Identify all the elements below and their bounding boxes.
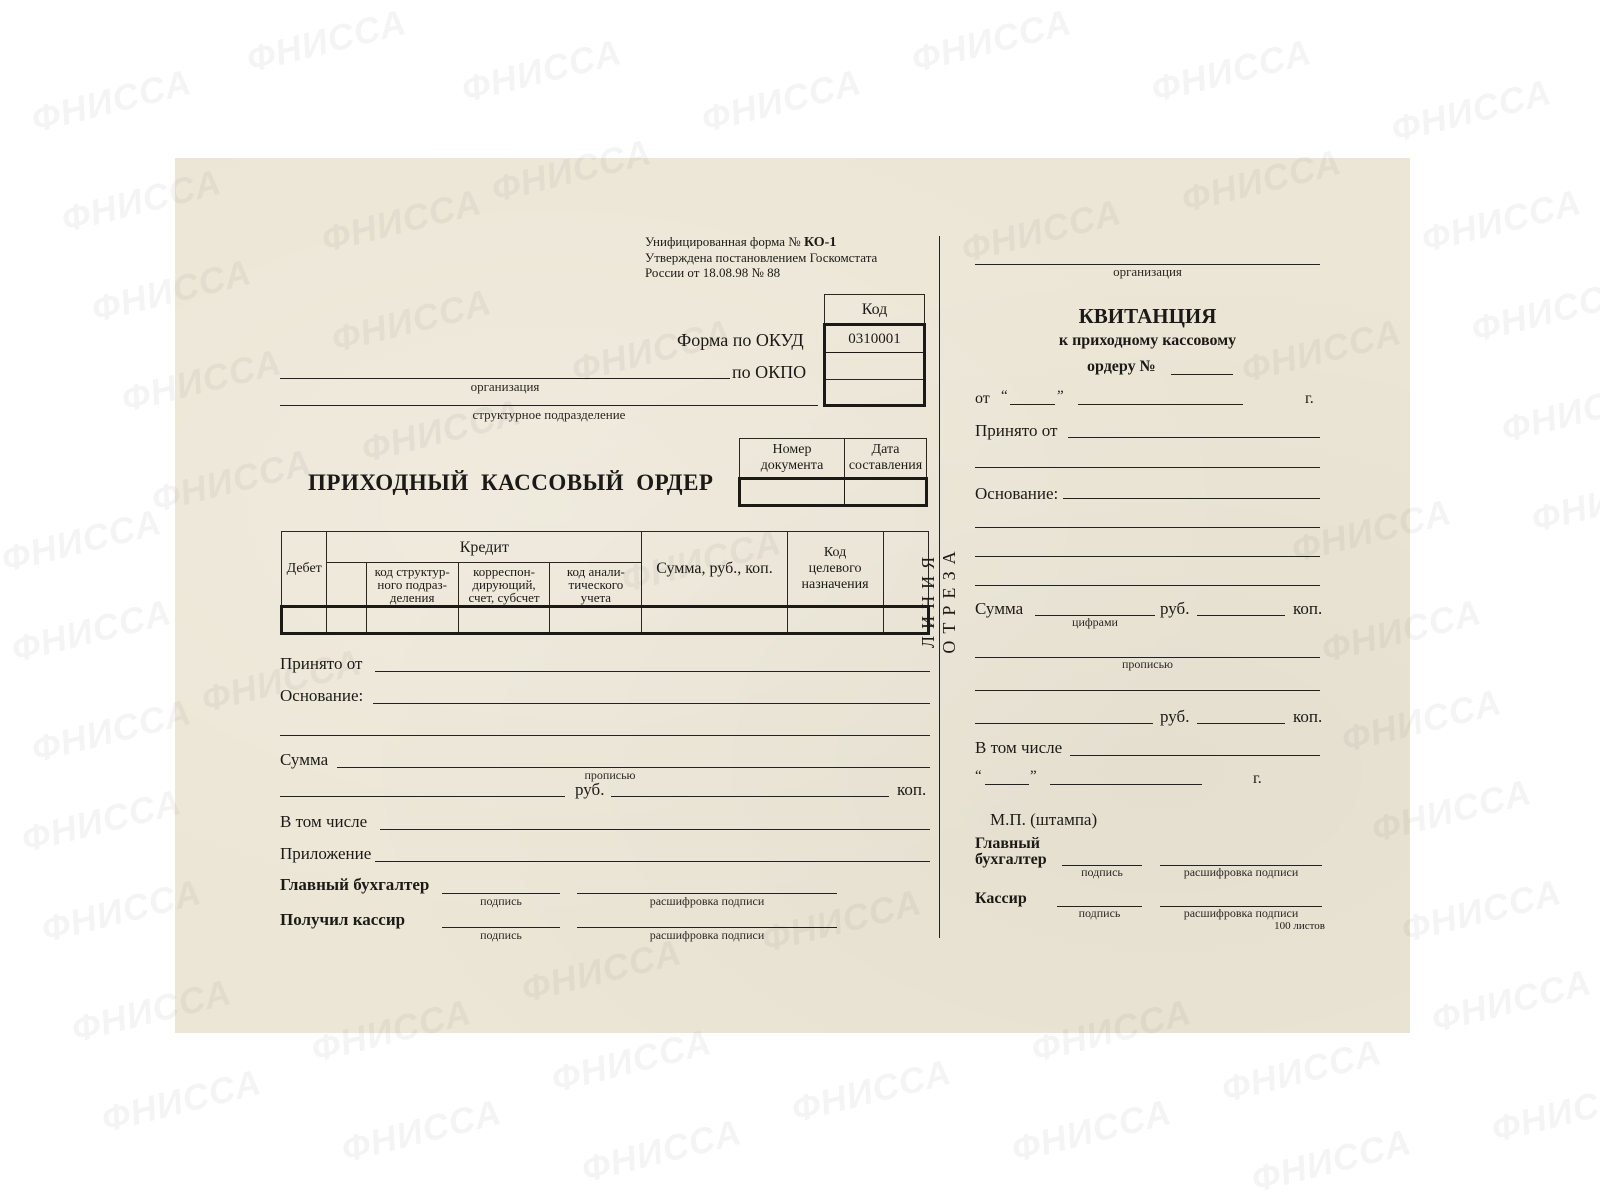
watermark-logo: ФНИССА	[97, 1061, 265, 1141]
debit-cell[interactable]	[282, 607, 327, 634]
watermark-logo: ФНИССА	[1427, 961, 1595, 1041]
codes-header: Код	[825, 295, 925, 325]
receipt-date-from-label: от	[975, 390, 990, 408]
credit-subdivision-code-header: код структур-ного подраз-деления	[366, 563, 458, 607]
watermark-logo: ФНИССА	[1487, 1071, 1600, 1151]
document-number-cell[interactable]	[740, 479, 845, 506]
received-from-label: Принято от	[280, 654, 362, 674]
receipt-received-from-field[interactable]	[1068, 437, 1320, 438]
receipt-title: КВИТАНЦИЯ	[975, 304, 1320, 329]
watermark-logo: ФНИССА	[242, 1, 410, 81]
watermark-logo: ФНИССА	[1387, 71, 1555, 151]
extra-code-cell[interactable]	[825, 380, 925, 406]
credit-analytics-code-header: код анали-тическогоучета	[550, 563, 642, 607]
kop-label: коп.	[897, 780, 926, 800]
watermark-logo: ФНИССА	[787, 1051, 955, 1131]
signature-caption: подпись	[1057, 906, 1142, 921]
sum-header: Сумма, руб., коп.	[642, 532, 787, 607]
stamp-label: М.П. (штампа)	[990, 810, 1097, 830]
credit-analytics-code-cell[interactable]	[550, 607, 642, 634]
receipt-rub-label: руб.	[1160, 599, 1189, 619]
order-title: ПРИХОДНЫЙ КАССОВЫЙ ОРДЕР	[308, 470, 713, 496]
watermark-logo: ФНИССА	[1007, 1091, 1175, 1171]
signature-decoding-caption: расшифровка подписи	[577, 928, 837, 943]
signature-decoding-caption: расшифровка подписи	[577, 894, 837, 909]
codes-table: Код 0310001	[823, 294, 926, 407]
receipt-including-field[interactable]	[1070, 755, 1320, 756]
sheet-count: 100 листов	[1265, 920, 1325, 932]
form-approval: Утверждена постановлением Госкомстата	[645, 250, 877, 265]
watermark-logo: ФНИССА	[1527, 461, 1600, 541]
year-label: г.	[1305, 390, 1314, 408]
receipt-subtitle: к приходному кассовому	[975, 332, 1320, 350]
signature-caption: подпись	[1062, 865, 1142, 880]
receipt-basis-field[interactable]	[1063, 498, 1320, 499]
document-date-header: Датасоставления	[845, 439, 927, 479]
debit-header: Дебет	[282, 532, 327, 607]
credit-blank-cell[interactable]	[327, 607, 366, 634]
cash-receipt-order-form: Унифицированная форма № КО-1 Утверждена …	[175, 158, 1410, 1033]
cut-line-label: ЛИНИЯ ОТРЕЗА	[918, 499, 960, 699]
signature-caption: подпись	[442, 928, 560, 943]
form-approval-date: России от 18.08.98 № 88	[645, 265, 877, 280]
including-field[interactable]	[380, 829, 930, 830]
chief-accountant-label: Главный бухгалтер	[280, 875, 429, 895]
receipt-month-field-2[interactable]	[1050, 784, 1202, 785]
signature-caption: подпись	[442, 894, 560, 909]
watermark-logo: ФНИССА	[1147, 31, 1315, 111]
receipt-including-label: В том числе	[975, 738, 1062, 758]
watermark-logo: ФНИССА	[7, 591, 175, 671]
receipt-basis-line-2[interactable]	[975, 527, 1320, 528]
form-header: Унифицированная форма № КО-1 Утверждена …	[645, 234, 877, 280]
received-from-field[interactable]	[375, 671, 930, 672]
watermark-logo: ФНИССА	[1497, 371, 1600, 451]
watermark-logo: ФНИССА	[907, 1, 1075, 81]
credit-account-cell[interactable]	[458, 607, 550, 634]
receipt-amount-kop-field[interactable]	[1197, 723, 1285, 724]
subdivision-caption: структурное подразделение	[280, 407, 818, 423]
okpo-label: по ОКПО	[732, 362, 806, 383]
receipt-month-field[interactable]	[1078, 404, 1243, 405]
signature-decoding-caption: расшифровка подписи	[1160, 865, 1322, 880]
receipt-amount-label: Сумма	[975, 599, 1023, 619]
watermark-logo: ФНИССА	[457, 31, 625, 111]
receipt-in-words-caption: прописью	[975, 657, 1320, 672]
receipt-received-from-line-2[interactable]	[975, 467, 1320, 468]
attachment-field[interactable]	[375, 861, 930, 862]
year-label-2: г.	[1253, 770, 1262, 788]
receipt-day-field-2[interactable]	[985, 784, 1029, 785]
received-cashier-label: Получил кассир	[280, 910, 405, 930]
attachment-label: Приложение	[280, 844, 371, 864]
amount-kop-field[interactable]	[611, 796, 889, 797]
sum-cell[interactable]	[642, 607, 787, 634]
basis-field-line-2[interactable]	[280, 735, 930, 736]
form-unified-label: Унифицированная форма №	[645, 234, 801, 249]
credit-blank-subheader	[327, 563, 366, 607]
receipt-kop-figures-field[interactable]	[1197, 615, 1285, 616]
watermark-logo: ФНИССА	[697, 61, 865, 141]
purpose-code-header: Кодцелевогоназначения	[787, 532, 883, 607]
amount-rub-field[interactable]	[280, 796, 565, 797]
watermark-logo: ФНИССА	[577, 1111, 745, 1191]
receipt-rub-label-2: руб.	[1160, 707, 1189, 727]
watermark-logo: ФНИССА	[1247, 1121, 1415, 1200]
receipt-order-number-label: ордеру №	[1087, 358, 1156, 376]
credit-subdivision-code-cell[interactable]	[366, 607, 458, 634]
watermark-logo: ФНИССА	[1417, 181, 1585, 261]
organization-caption: организация	[280, 379, 730, 395]
receipt-kop-label-2: коп.	[1293, 707, 1322, 727]
receipt-order-number-field[interactable]	[1171, 374, 1233, 375]
rub-label: руб.	[575, 780, 604, 800]
signature-decoding-caption: расшифровка подписи	[1160, 906, 1322, 921]
form-code: КО-1	[804, 235, 836, 250]
receipt-basis-line-3[interactable]	[975, 556, 1320, 557]
receipt-kop-label: коп.	[1293, 599, 1322, 619]
receipt-basis-label: Основание:	[975, 484, 1058, 504]
receipt-received-from-label: Принято от	[975, 421, 1057, 441]
in-figures-caption: цифрами	[1035, 615, 1155, 630]
purpose-code-cell[interactable]	[787, 607, 883, 634]
quote-open: “	[1001, 388, 1008, 405]
basis-field[interactable]	[373, 703, 930, 704]
okpo-code-cell[interactable]	[825, 353, 925, 380]
accounting-table: Дебет Кредит Сумма, руб., коп. Кодцелево…	[280, 531, 930, 635]
watermark-logo: ФНИССА	[17, 781, 185, 861]
quote-close: ”	[1057, 388, 1064, 405]
credit-header: Кредит	[327, 532, 642, 563]
receipt-day-field[interactable]	[1010, 404, 1055, 405]
receipt-chief-accountant-label: Главный бухгалтер	[975, 836, 1047, 868]
receipt-cashier-label: Кассир	[975, 890, 1027, 908]
watermark-logo: ФНИССА	[0, 501, 166, 581]
receipt-amount-words-line-2[interactable]	[975, 690, 1320, 691]
quote-close-2: ”	[1030, 768, 1037, 785]
watermark-logo: ФНИССА	[1397, 871, 1565, 951]
credit-account-header: корреспон-дирующий,счет, субсчет	[458, 563, 550, 607]
okud-code-cell[interactable]: 0310001	[825, 325, 925, 353]
watermark-logo: ФНИССА	[27, 61, 195, 141]
receipt-amount-rub-field[interactable]	[975, 723, 1153, 724]
document-number-date-table: Номердокумента Датасоставления	[738, 438, 928, 507]
document-date-cell[interactable]	[845, 479, 927, 506]
in-words-caption: прописью	[555, 768, 665, 783]
watermark-logo: ФНИССА	[337, 1091, 505, 1171]
watermark-logo: ФНИССА	[1467, 271, 1600, 351]
subdivision-field[interactable]	[280, 405, 818, 406]
receipt-basis-line-4[interactable]	[975, 585, 1320, 586]
watermark-logo: ФНИССА	[27, 691, 195, 771]
watermark-logo: ФНИССА	[1217, 1031, 1385, 1111]
including-label: В том числе	[280, 812, 367, 832]
document-number-header: Номердокумента	[740, 439, 845, 479]
accounting-table-row	[282, 607, 929, 634]
receipt-organization-caption: организация	[975, 264, 1320, 280]
quote-open-2: “	[975, 768, 982, 785]
basis-label: Основание:	[280, 686, 363, 706]
okud-label: Форма по ОКУД	[677, 330, 804, 351]
amount-label: Сумма	[280, 750, 328, 770]
